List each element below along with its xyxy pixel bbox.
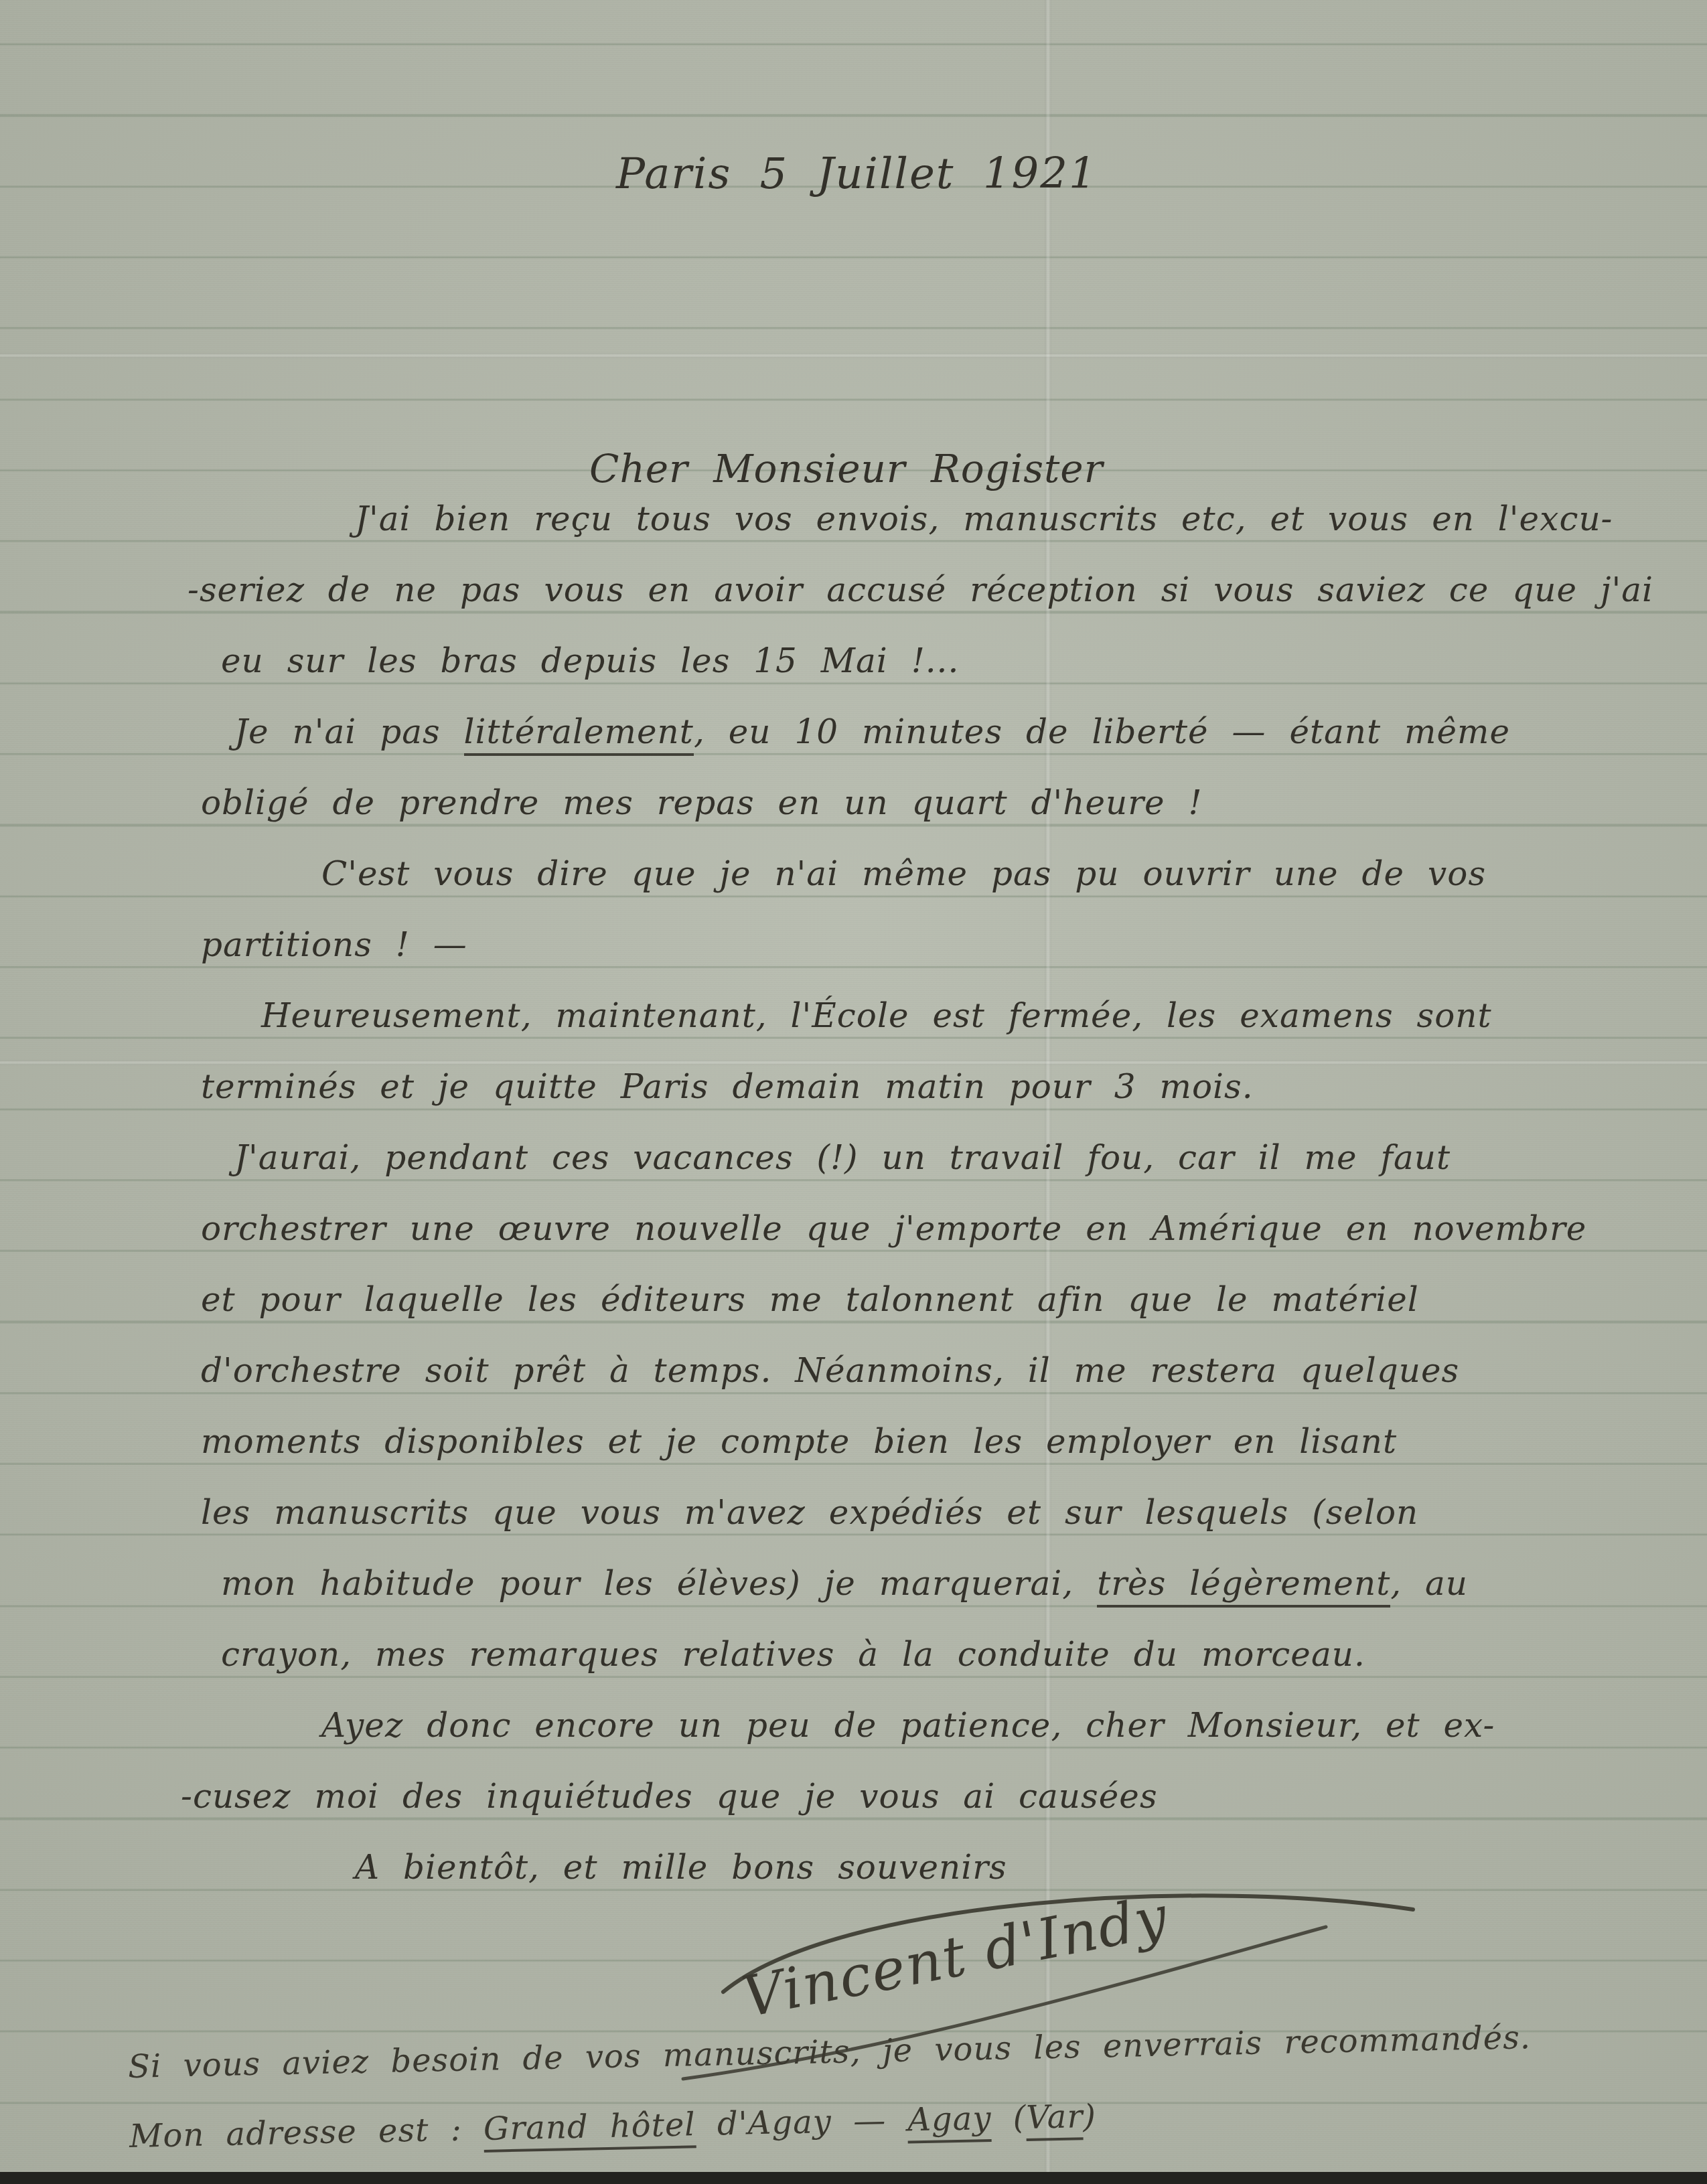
handwritten-line: moments disponibles et je compte bien le… [201, 1406, 1667, 1477]
horizontal-fold-crease [0, 353, 1707, 358]
handwritten-line: Je n'ai pas littéralement, eu 10 minutes… [234, 696, 1667, 767]
handwritten-line: -seriez de ne pas vous en avoir accusé r… [188, 554, 1667, 625]
handwritten-line: A bientôt, et mille bons souvenirs [355, 1832, 1667, 1903]
handwritten-line: crayon, mes remarques relatives à la con… [221, 1619, 1667, 1690]
handwritten-line: mon habitude pour les élèves) je marquer… [221, 1548, 1667, 1619]
handwritten-line: Ayez donc encore un peu de patience, che… [321, 1690, 1667, 1761]
handwritten-line: eu sur les bras depuis les 15 Mai !... [221, 625, 1667, 696]
handwritten-line: Heureusement, maintenant, l'École est fe… [261, 980, 1667, 1051]
letter-scan-page: { "colors": { "paper": "#b2b7a9", "rule_… [0, 0, 1707, 2184]
handwritten-line: les manuscrits que vous m'avez expédiés … [201, 1477, 1667, 1548]
handwritten-line: terminés et je quitte Paris demain matin… [201, 1051, 1667, 1122]
letter-body: J'ai bien reçu tous vos envois, manuscri… [201, 483, 1667, 1903]
scan-edge [0, 2172, 1707, 2184]
handwritten-line: orchestrer une œuvre nouvelle que j'empo… [201, 1193, 1667, 1264]
handwritten-line: et pour laquelle les éditeurs me talonne… [201, 1264, 1667, 1335]
dateline: Paris 5 Juillet 1921 [616, 137, 1098, 211]
handwritten-line: d'orchestre soit prêt à temps. Néanmoins… [201, 1335, 1667, 1406]
handwritten-line: obligé de prendre mes repas en un quart … [201, 767, 1667, 838]
handwritten-line: partitions ! — [201, 909, 1667, 980]
handwritten-line: J'aurai, pendant ces vacances (!) un tra… [234, 1122, 1667, 1193]
handwritten-line: C'est vous dire que je n'ai même pas pu … [321, 838, 1667, 909]
handwritten-line: J'ai bien reçu tous vos envois, manuscri… [355, 483, 1667, 554]
handwritten-line: -cusez moi des inquiétudes que je vous a… [181, 1761, 1667, 1832]
